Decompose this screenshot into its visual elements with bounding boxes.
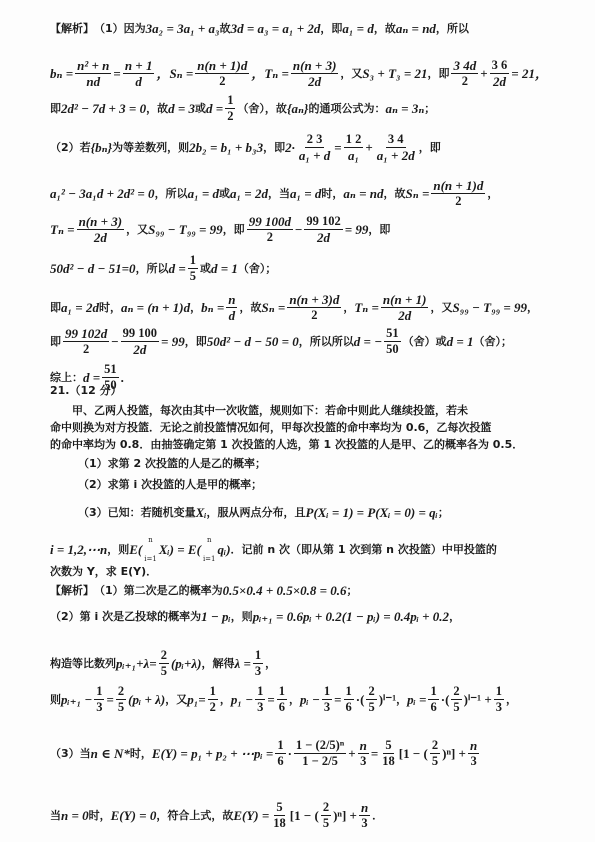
- solution-tag: 【解析】: [50, 22, 94, 36]
- solution21-conclusion: 当 n = 0 时， E(Y) = 0 ，符合上式，故 E(Y) = 518 […: [50, 800, 383, 831]
- fraction: n(n + 1)d2: [431, 178, 485, 209]
- fraction: n(n + 3)2d: [77, 214, 125, 245]
- problem21-stem-line1: 甲、乙两人投篮，每次由其中一次收篮，规则如下：若命中则此人继续投篮，若未: [72, 404, 468, 418]
- fraction: 3 62d: [490, 58, 510, 89]
- fraction: 2 3a₁ + d: [297, 132, 332, 163]
- solution20-part2-line4: 50d² − d − 51=0 ，所以 d = 15 或 d = 1 （舍）；: [50, 253, 276, 284]
- problem21-stem-line3: 的命中率均为 0.8．由抽签确定第 1 次投篮的人选，第 1 次投篮的人是甲、乙…: [50, 438, 523, 452]
- fraction: n(n + 1)d2: [195, 58, 249, 89]
- fraction: n + 1d: [123, 58, 155, 89]
- fraction: 99 102d2: [63, 326, 109, 357]
- solution-tag: 【解析】: [50, 584, 94, 598]
- fraction: 99 100d2: [247, 214, 293, 245]
- fraction: n² + nnd: [75, 58, 111, 89]
- problem21-question3-line2: i = 1,2,⋯n ，则 E( ni=1 Xᵢ) = E( ni=1 qᵢ) …: [50, 536, 497, 564]
- problem21-question2: （2）求第 i 次投篮的人是甲的概率；: [78, 478, 262, 492]
- document-page: 【解析】 （1）因为 3a₂ = 3a₁ + a₃ 故 3d = a₃ = a₁…: [0, 0, 595, 842]
- fraction: 3 4a₁ + 2d: [375, 132, 417, 163]
- solution20-line2: bₙ = n² + nnd = n + 1d ，Sₙ = n(n + 1)d2 …: [50, 58, 548, 89]
- fraction: 15: [188, 253, 198, 284]
- problem21-question1: （1）求第 2 次投篮的人是乙的概率；: [78, 457, 266, 471]
- problem-number: 21.（12 分）: [50, 384, 122, 398]
- problem21-question3-line3: 次数为 Y，求 E(Y)．: [50, 565, 157, 579]
- summation-limits: ni=1: [203, 536, 216, 564]
- fraction: nd: [226, 292, 237, 323]
- fraction: 99 1002d: [121, 326, 159, 357]
- solution20-part2-line2: a₁² − 3a₁d + 2d² = 0 ，所以 a₁ = d 或 a₁ = 2…: [50, 178, 498, 209]
- fraction: 3 4d2: [451, 58, 478, 89]
- fraction: n(n + 3)2d: [291, 58, 339, 89]
- fraction: n(n + 3)d2: [287, 292, 341, 323]
- fraction: 12: [225, 93, 235, 124]
- problem21-header: 21.（12 分）: [50, 384, 122, 398]
- solution20-part2-line3: Tₙ = n(n + 3)2d ，又 S₉₉ − T₉₉ = 99 ，即 99 …: [50, 214, 390, 245]
- fraction: 99 1022d: [304, 214, 342, 245]
- solution21-part2-line1: （2）第 i 次是乙投球的概率为 1 − pᵢ ，则 pᵢ₊₁ = 0.6pᵢ …: [50, 610, 460, 624]
- fraction: 5150: [384, 326, 401, 357]
- solution21-part2-line2: 构造等比数列 pᵢ₊₁+λ= 25 (pᵢ+λ) ，解得 λ = 13 ，: [50, 648, 276, 679]
- solution21-part2-line3: 则 pᵢ₊₁ − 13 = 25 (pᵢ + λ) ，又 p₁= 12 ， p₁…: [50, 684, 517, 715]
- solution20-line1: 【解析】 （1）因为 3a₂ = 3a₁ + a₃ 故 3d = a₃ = a₁…: [50, 22, 469, 36]
- fraction: n(n + 1)2d: [381, 292, 429, 323]
- fraction: 25: [159, 648, 169, 679]
- compound-fraction: 1 − (2/5)ⁿ1 − 2/5: [294, 738, 346, 769]
- solution20-part2-line1: （2）若 {bₙ} 为等差数列，则 2b₂ = b₁ + b₃3 ，即 2· 2…: [50, 132, 441, 163]
- solution20-part2-line5: 即 a₁ = 2d 时， aₙ = (n + 1)d ， bₙ = nd ，故 …: [50, 292, 538, 323]
- fraction: 1 2a₁: [344, 132, 364, 163]
- problem21-question3: （3）已知：若随机变量 Xᵢ ，服从两点分布，且 P(Xᵢ = 1) = P(X…: [78, 506, 449, 520]
- solution21-part1: 【解析】 （1）第二次是乙的概率为 0.5×0.4 + 0.5×0.8 = 0.…: [50, 584, 358, 598]
- solution20-line3: 即 2d² − 7d + 3 = 0 ，故 d = 3 或 d = 12 （舍）…: [50, 93, 435, 124]
- fraction: 13: [253, 648, 263, 679]
- problem21-stem-line2: 命中则换为对方投篮．无论之前投篮情况如何，甲每次投篮的命中率均为 0.6，乙每次…: [50, 421, 491, 435]
- summation-limits: ni=1: [144, 536, 157, 564]
- solution20-part2-line6: 即 99 102d2 − 99 1002d = 99 ，即 50d² − d −…: [50, 326, 512, 357]
- solution21-part3: （3）当 n ∈ N* 时， E(Y) = p₁ + p₂ + ⋯pᵢ = 16…: [50, 738, 481, 769]
